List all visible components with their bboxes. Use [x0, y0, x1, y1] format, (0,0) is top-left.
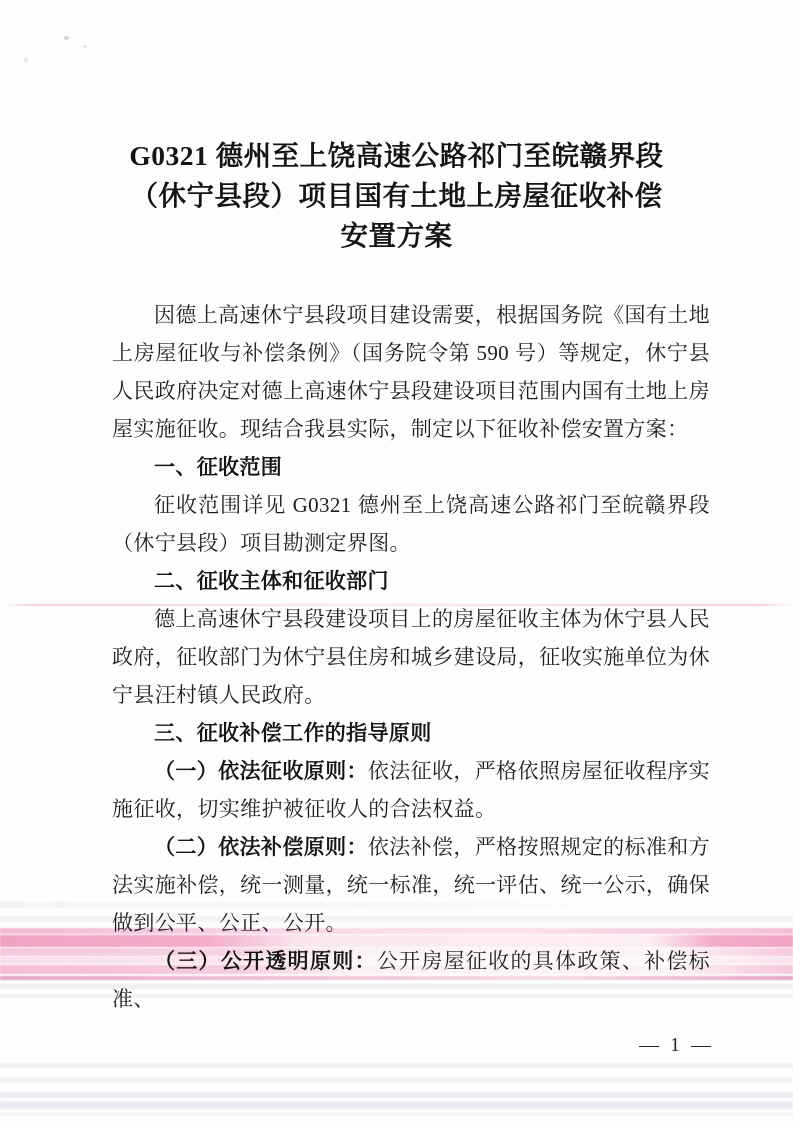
- title-line-2: （休宁县段）项目国有土地上房屋征收补偿: [0, 176, 793, 216]
- section-heading-subject: 二、征收主体和征收部门: [112, 562, 710, 600]
- document-body: 因德上高速休宁县段项目建设需要，根据国务院《国有土地上房屋征收与补偿条例》（国务…: [112, 296, 710, 1018]
- section-heading-scope: 一、征收范围: [112, 448, 710, 486]
- principle-2-lead: （二）依法补偿原则：: [154, 835, 368, 859]
- principle-1-lead: （一）依法征收原则：: [154, 759, 368, 783]
- paragraph-principle-2: （二）依法补偿原则：依法补偿，严格按照规定的标准和方法实施补偿，统一测量，统一标…: [112, 828, 710, 942]
- document-page: G0321 德州至上饶高速公路祁门至皖赣界段 （休宁县段）项目国有土地上房屋征收…: [0, 0, 793, 1121]
- scan-speck: [64, 36, 69, 40]
- page-number: — 1 —: [560, 1034, 793, 1057]
- paragraph-subject: 德上高速休宁县段建设项目上的房屋征收主体为休宁县人民政府，征收部门为休宁县住房和…: [112, 600, 710, 714]
- scan-streak-blue: [0, 1063, 793, 1068]
- scan-streak-blue: [0, 1112, 793, 1116]
- scan-speck: [83, 45, 87, 48]
- scan-streak-blue: [0, 1078, 793, 1082]
- principle-3-lead: （三）公开透明原则：: [154, 949, 377, 973]
- paragraph-intro: 因德上高速休宁县段项目建设需要，根据国务院《国有土地上房屋征收与补偿条例》（国务…: [112, 296, 710, 448]
- title-line-1: G0321 德州至上饶高速公路祁门至皖赣界段: [0, 136, 793, 176]
- scan-streak-blue: [0, 1101, 793, 1109]
- section-heading-principles: 三、征收补偿工作的指导原则: [112, 714, 710, 752]
- paragraph-scope: 征收范围详见 G0321 德州至上饶高速公路祁门至皖赣界段（休宁县段）项目勘测定…: [112, 486, 710, 562]
- scan-streak-blue: [0, 1092, 793, 1098]
- title-line-3: 安置方案: [0, 216, 793, 256]
- document-title: G0321 德州至上饶高速公路祁门至皖赣界段 （休宁县段）项目国有土地上房屋征收…: [0, 136, 793, 256]
- paragraph-principle-3: （三）公开透明原则：公开房屋征收的具体政策、补偿标准、: [112, 942, 710, 1018]
- paragraph-principle-1: （一）依法征收原则：依法征收，严格依照房屋征收程序实施征收，切实维护被征收人的合…: [112, 752, 710, 828]
- scan-speck: [24, 58, 28, 62]
